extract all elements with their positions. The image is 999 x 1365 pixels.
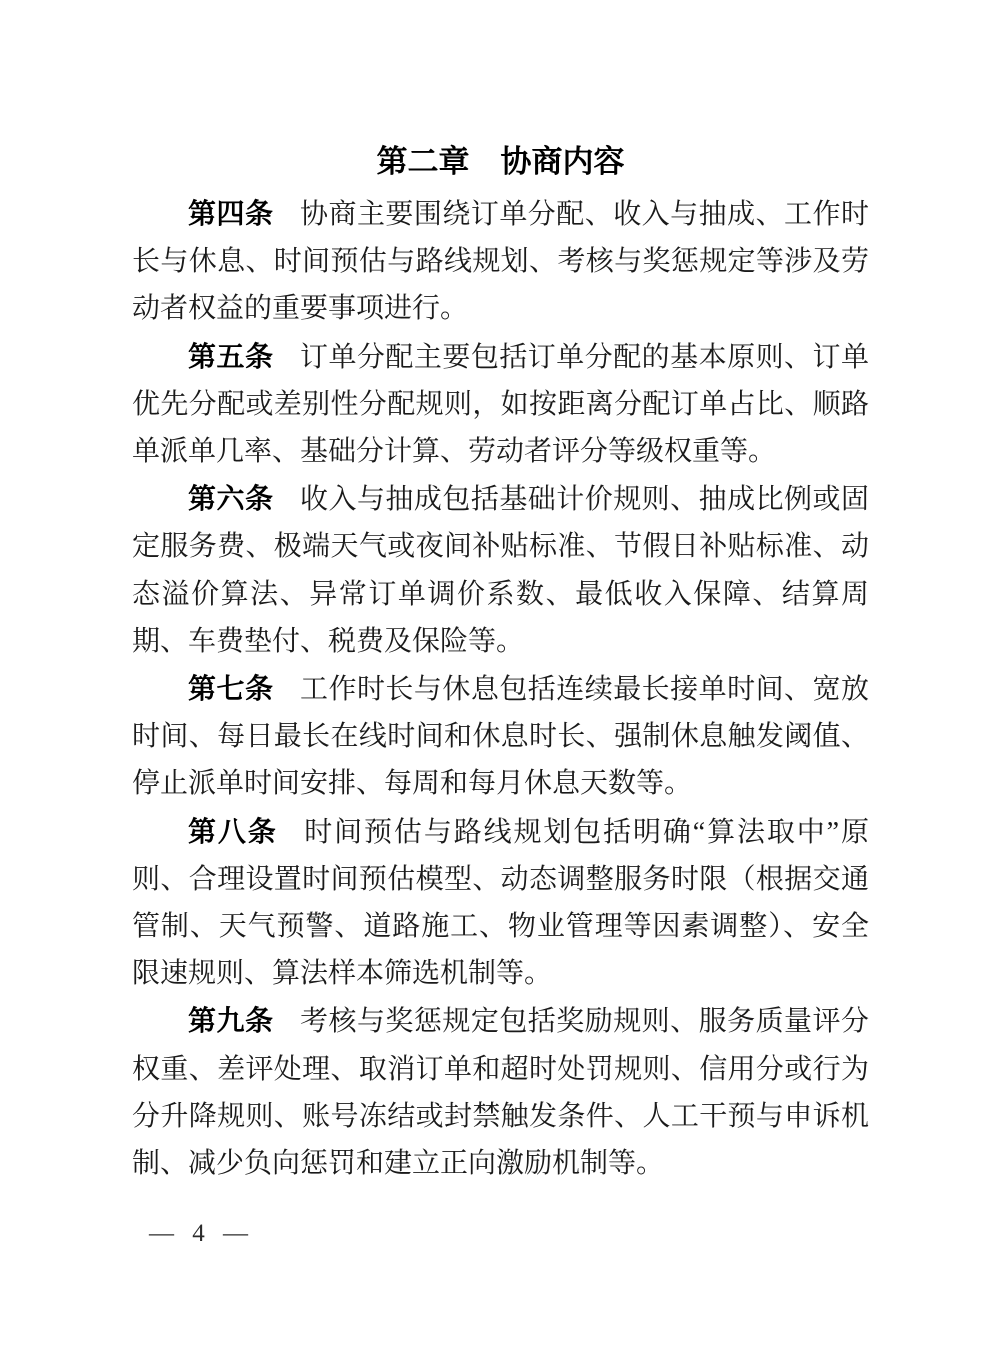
- article-6-number: 第六条: [188, 483, 273, 514]
- article-8: 第八条时间预估与路线规划包括明确“算法取中”原则、合理设置时间预估模型、动态调整…: [132, 808, 869, 998]
- article-7: 第七条工作时长与休息包括连续最长接单时间、宽放时间、每日最长在线时间和休息时长、…: [132, 665, 869, 808]
- document-content: 第二章 协商内容 第四条协商主要围绕订单分配、收入与抽成、工作时长与休息、时间预…: [132, 134, 869, 1187]
- article-9-number: 第九条: [188, 1005, 273, 1036]
- article-4: 第四条协商主要围绕订单分配、收入与抽成、工作时长与休息、时间预估与路线规划、考核…: [132, 190, 869, 333]
- chapter-title: 第二章 协商内容: [132, 134, 869, 190]
- page-number: — 4 —: [149, 1220, 249, 1247]
- article-9: 第九条考核与奖惩规定包括奖励规则、服务质量评分权重、差评处理、取消订单和超时处罚…: [132, 997, 869, 1187]
- article-8-number: 第八条: [188, 816, 278, 847]
- page-footer: — 4 —: [149, 1220, 249, 1248]
- article-5: 第五条订单分配主要包括订单分配的基本原则、订单优先分配或差别性分配规则，如按距离…: [132, 333, 869, 476]
- article-5-number: 第五条: [188, 341, 273, 372]
- article-7-number: 第七条: [188, 673, 273, 704]
- document-page: 第二章 协商内容 第四条协商主要围绕订单分配、收入与抽成、工作时长与休息、时间预…: [0, 0, 999, 1365]
- article-6: 第六条收入与抽成包括基础计价规则、抽成比例或固定服务费、极端天气或夜间补贴标准、…: [132, 475, 869, 665]
- article-4-number: 第四条: [188, 198, 273, 229]
